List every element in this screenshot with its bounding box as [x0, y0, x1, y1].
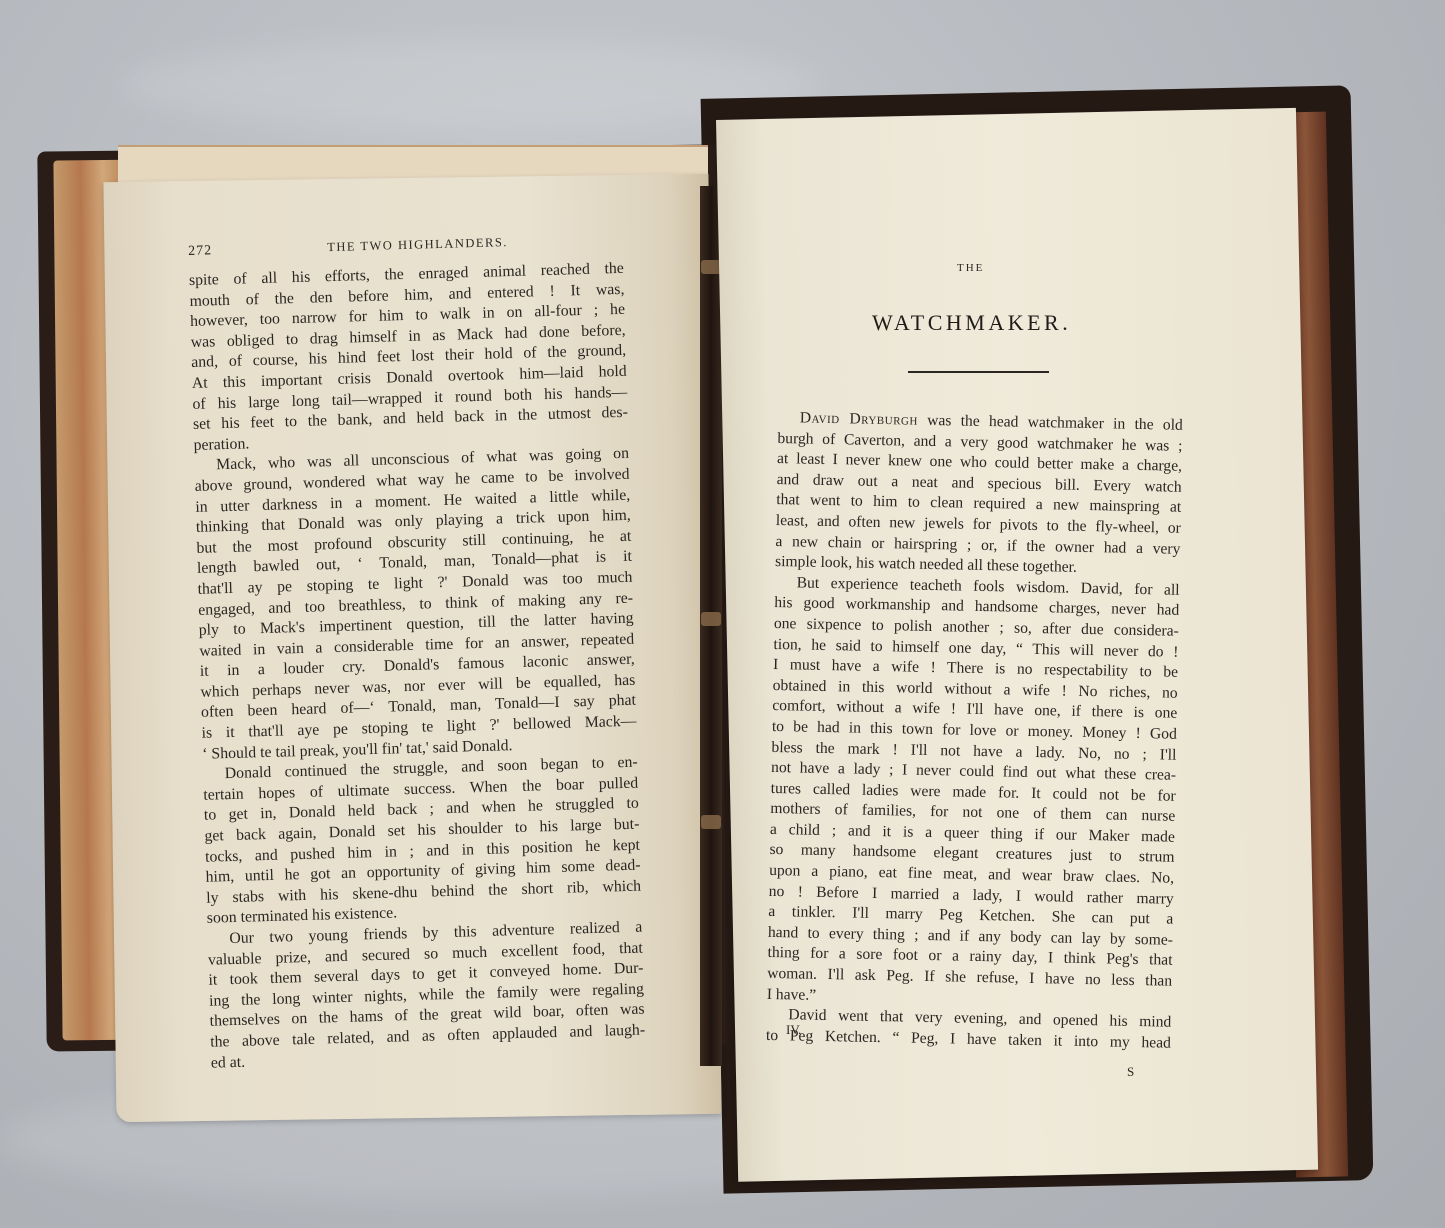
opening-name: David Dryburgh [800, 409, 918, 428]
volume-mark: IV. [786, 1022, 801, 1038]
left-page-text: 272 THE TWO HIGHLANDERS. spite of all hi… [188, 233, 646, 1076]
heading-rule [908, 371, 1049, 373]
book-gutter [700, 186, 722, 1066]
signature-mark: S [1127, 1064, 1134, 1080]
chapter-heading-the: THE [957, 262, 984, 274]
right-page-text: David Dryburgh was the head watchmaker i… [766, 410, 1183, 1056]
binding-thread [701, 612, 721, 626]
chapter-title: WATCHMAKER. [872, 310, 1071, 336]
right-page-lines: David Dryburgh was the head watchmaker i… [766, 410, 1183, 1056]
binding-thread [701, 815, 721, 829]
page-number: 272 [188, 244, 212, 259]
left-page-lines: spite of all his efforts, the enraged an… [189, 261, 646, 1076]
